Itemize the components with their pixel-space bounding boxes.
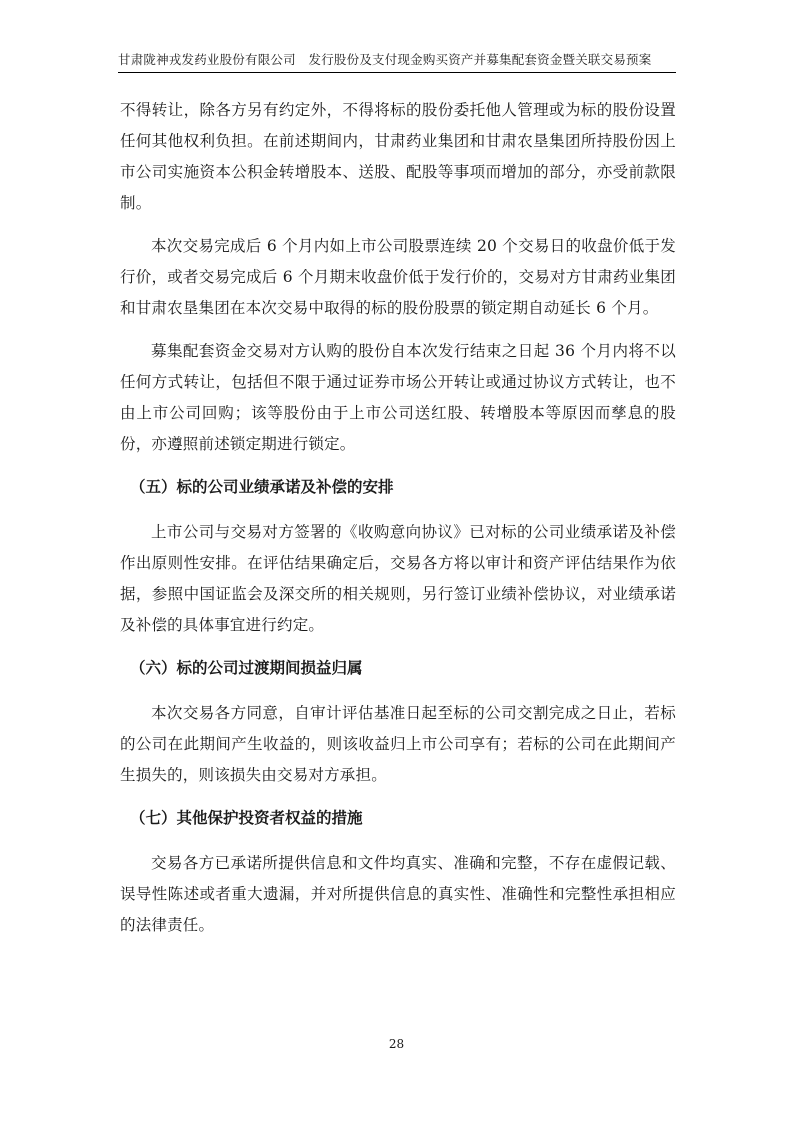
paragraph-lockup-extension: 本次交易完成后 6 个月内如上市公司股票连续 20 个交易日的收盘价低于发行价，… bbox=[120, 231, 676, 324]
section-heading-investor-protection: （七）其他保护投资者权益的措施 bbox=[120, 803, 676, 834]
section-heading-performance-commitment: （五）标的公司业绩承诺及补偿的安排 bbox=[120, 472, 676, 503]
document-body: 不得转让，除各方另有约定外，不得将标的股份委托他人管理或为标的股份设置任何其他权… bbox=[120, 95, 676, 953]
section-heading-transition-period: （六）标的公司过渡期间损益归属 bbox=[120, 653, 676, 684]
paragraph-transition-period: 本次交易各方同意，自审计评估基准日起至标的公司交割完成之日止，若标的公司在此期间… bbox=[120, 698, 676, 791]
paragraph-supporting-funds-lockup: 募集配套资金交易对方认购的股份自本次发行结束之日起 36 个月内将不以任何方式转… bbox=[120, 336, 676, 460]
header-company: 甘肃陇神戎发药业股份有限公司 bbox=[118, 52, 296, 67]
header-document-title: 发行股份及支付现金购买资产并募集配套资金暨关联交易预案 bbox=[309, 52, 652, 67]
header-divider bbox=[118, 72, 676, 73]
paragraph-lockup-continued: 不得转让，除各方另有约定外，不得将标的股份委托他人管理或为标的股份设置任何其他权… bbox=[120, 95, 676, 219]
page-header: 甘肃陇神戎发药业股份有限公司 发行股份及支付现金购买资产并募集配套资金暨关联交易… bbox=[118, 50, 676, 68]
paragraph-investor-protection: 交易各方已承诺所提供信息和文件均真实、准确和完整，不存在虚假记载、误导性陈述或者… bbox=[120, 848, 676, 941]
paragraph-performance-commitment: 上市公司与交易对方签署的《收购意向协议》已对标的公司业绩承诺及补偿作出原则性安排… bbox=[120, 517, 676, 641]
page-number: 28 bbox=[0, 1037, 793, 1051]
